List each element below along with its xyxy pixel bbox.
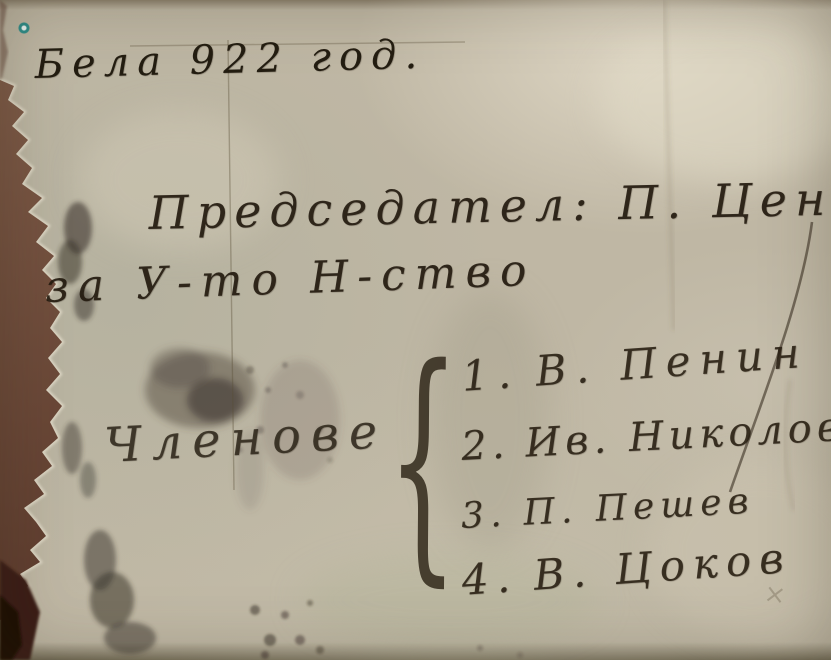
bottom-ink-specks xyxy=(250,600,523,659)
table-edge-sliver xyxy=(0,0,8,80)
signature-number: 1. xyxy=(460,348,521,401)
teal-marker-dot xyxy=(18,22,30,34)
pencil-x-mark: × xyxy=(762,579,788,612)
members-brace: { xyxy=(386,334,460,589)
table-surface xyxy=(0,80,62,620)
right-fold-crease xyxy=(664,0,674,330)
signature-number: 3. xyxy=(460,494,508,537)
signature-number: 2. xyxy=(460,421,511,469)
document-photo: Бела 922 год. Председател: П. Ценов за У… xyxy=(0,0,831,660)
signature-number: 4. xyxy=(460,552,519,605)
